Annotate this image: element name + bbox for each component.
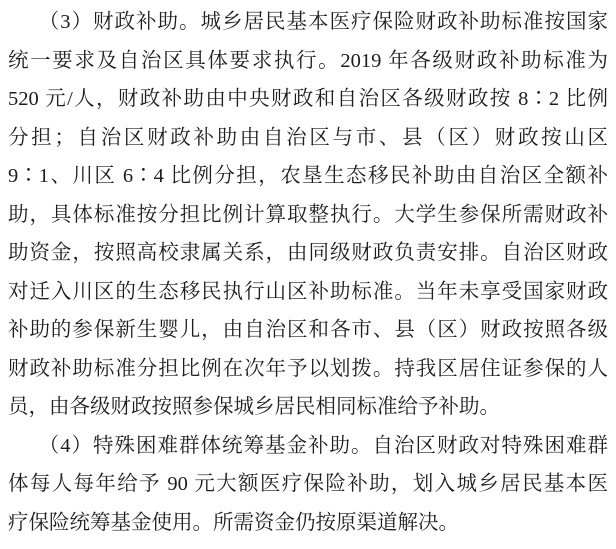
text-line: 补助的参保新生婴儿，由自治区和各市、县（区）财政按照各级 [8,311,608,350]
text-line: （3）财政补助。城乡居民基本医疗保险财政补助标准按国家 [8,3,608,42]
text-line: 疗保险统筹基金使用。所需资金仍按原渠道解决。 [8,504,608,543]
text-line: 助资金，按照高校隶属关系，由同级财政负责安排。自治区财政 [8,234,608,273]
text-line: 体每人每年给予 90 元大额医疗保险补助，划入城乡居民基本医 [8,465,608,504]
paragraphs-container: （3）财政补助。城乡居民基本医疗保险财政补助标准按国家统一要求及自治区具体要求执… [8,3,608,542]
text-line: 分担；自治区财政补助由自治区与市、县（区）财政按山区 [8,119,608,158]
text-line: 统一要求及自治区具体要求执行。2019 年各级财政补助标准为 [8,42,608,81]
paragraph-4-special-groups-subsidy: （4）特殊困难群体统筹基金补助。自治区财政对特殊困难群体每人每年给予 90 元大… [8,427,608,543]
text-line: 员，由各级财政按照参保城乡居民相同标准给予补助。 [8,388,608,427]
text-line: （4）特殊困难群体统筹基金补助。自治区财政对特殊困难群 [8,427,608,466]
text-line: 9∶1、川区 6∶4 比例分担，农垦生态移民补助由自治区全额补 [8,157,608,196]
text-line: 助，具体标准按分担比例计算取整执行。大学生参保所需财政补 [8,196,608,235]
paragraph-3-fiscal-subsidy: （3）财政补助。城乡居民基本医疗保险财政补助标准按国家统一要求及自治区具体要求执… [8,3,608,427]
text-line: 520 元/人，财政补助由中央财政和自治区各级财政按 8∶2 比例 [8,80,608,119]
document-page: （3）财政补助。城乡居民基本医疗保险财政补助标准按国家统一要求及自治区具体要求执… [0,0,616,549]
text-line: 对迁入川区的生态移民执行山区补助标准。当年未享受国家财政 [8,273,608,312]
text-line: 财政补助标准分担比例在次年予以划拨。持我区居住证参保的人 [8,350,608,389]
